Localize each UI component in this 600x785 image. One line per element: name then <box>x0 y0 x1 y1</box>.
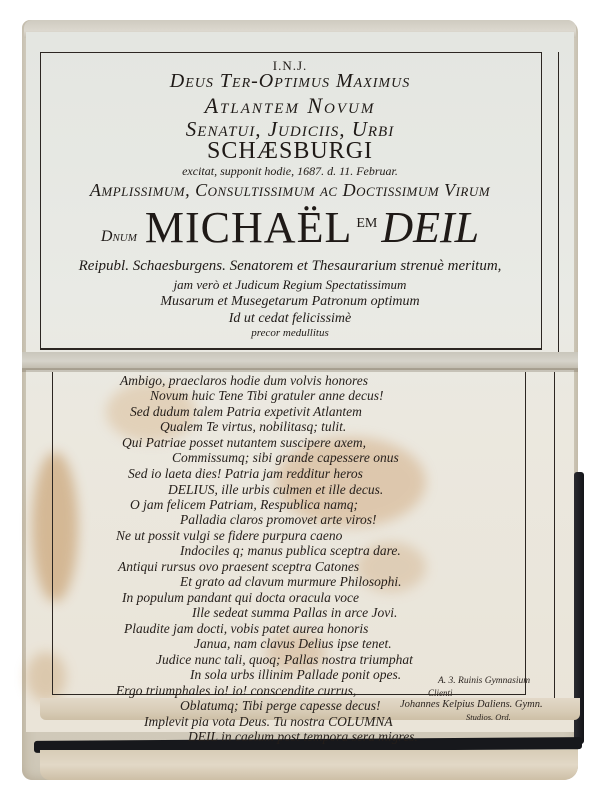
poem-line: Novum huic Tene Tibi gratuler anne decus… <box>150 388 383 404</box>
poem-line: O jam felicem Patriam, Respublica namq; <box>130 497 358 513</box>
title-line-wish: Id ut cedat felicissimè <box>40 311 540 327</box>
name-prefix: Dnum <box>101 228 137 250</box>
name-suffix: EM <box>356 216 377 232</box>
signature-client: Clienti <box>428 688 453 698</box>
poem-line: Janua, nam clavus Delius ipse tenet. <box>194 636 392 652</box>
poem-line: Ille sedeat summa Pallas in arce Jovi. <box>192 605 397 621</box>
poem-line: In populum pandant qui docta oracula voc… <box>122 590 359 606</box>
poem-line: Sed io laeta dies! Patria jam redditur h… <box>128 466 363 482</box>
poem-line: Ambigo, praeclaros hodie dum volvis hono… <box>120 373 368 389</box>
title-line-office: Reipubl. Schaesburgens. Senatorem et The… <box>40 258 540 275</box>
title-line-city: SCHÆSBURGI <box>40 138 540 165</box>
signature-dedication: A. 3. Ruinis Gymnasium <box>438 676 530 686</box>
title-line-date: excitat, supponit hodie, 1687. d. 11. Fe… <box>40 164 540 179</box>
poem-line: Sed dudum talem Patria expetivit Atlante… <box>130 404 362 420</box>
title-line-patron: Musarum et Musegetarum Patronum optimum <box>40 294 540 310</box>
title-line-deus: Deus Ter-Optimus Maximus <box>40 70 540 93</box>
name-first: MICHAËL <box>145 206 352 250</box>
poem-line: Ergo triumphales io! io! conscendite cur… <box>116 683 356 699</box>
margin-rule <box>554 372 555 712</box>
poem-line: Qui Patriae posset nutantem suscipere ax… <box>122 435 366 451</box>
poem-line: DEIL in caelum post tempora sera migres. <box>188 729 418 745</box>
poem-line: Qualem Te virtus, nobilitasq; tulit. <box>160 419 346 435</box>
lower-page-edge <box>40 750 578 780</box>
poem-line: In sola urbs illinim Pallade ponit opes. <box>190 667 401 683</box>
poem-line: Plaudite jam docti, vobis patet aurea ho… <box>124 621 368 637</box>
poem-line: Judice nunc tali, quoq; Pallas nostra tr… <box>156 652 413 668</box>
title-line-honorifics: Amplissimum, Consultissimum ac Doctissim… <box>40 180 540 201</box>
poem-line: Commissumq; sibi grande capessere onus <box>172 450 399 466</box>
title-line-atlantem: Atlantem Novum <box>40 93 540 119</box>
poem-line: Implevit pia vota Deus. Tu nostra COLUMN… <box>144 714 393 730</box>
poem-line: Oblatumq; Tibi perge capesse decus! <box>180 698 380 714</box>
poem-line: Antiqui rursus ovo praesent sceptra Cato… <box>118 559 359 575</box>
honoree-name: Dnum MICHAËL EM DEIL <box>40 206 540 250</box>
poem-line: Ne ut possit vulgi se fidere purpura cae… <box>116 528 342 544</box>
poem-line: DELIUS, ille urbis culmen et ille decus. <box>168 482 383 498</box>
margin-rule <box>558 52 559 352</box>
title-line-precor: precor medullitus <box>40 327 540 339</box>
poem-line: Palladia claros promovet arte viros! <box>180 512 376 528</box>
poem-line: Et grato ad clavum murmure Philosophi. <box>180 574 401 590</box>
name-last: DEIL <box>381 206 479 250</box>
signature-author: Johannes Kelpius Daliens. Gymn. <box>400 699 543 710</box>
signature-title: Studios. Ord. <box>466 712 511 722</box>
title-line-judge: jam verò et Judicum Regium Spectatissimu… <box>40 277 540 293</box>
poem-line: Indociles q; manus publica sceptra dare. <box>180 543 401 559</box>
